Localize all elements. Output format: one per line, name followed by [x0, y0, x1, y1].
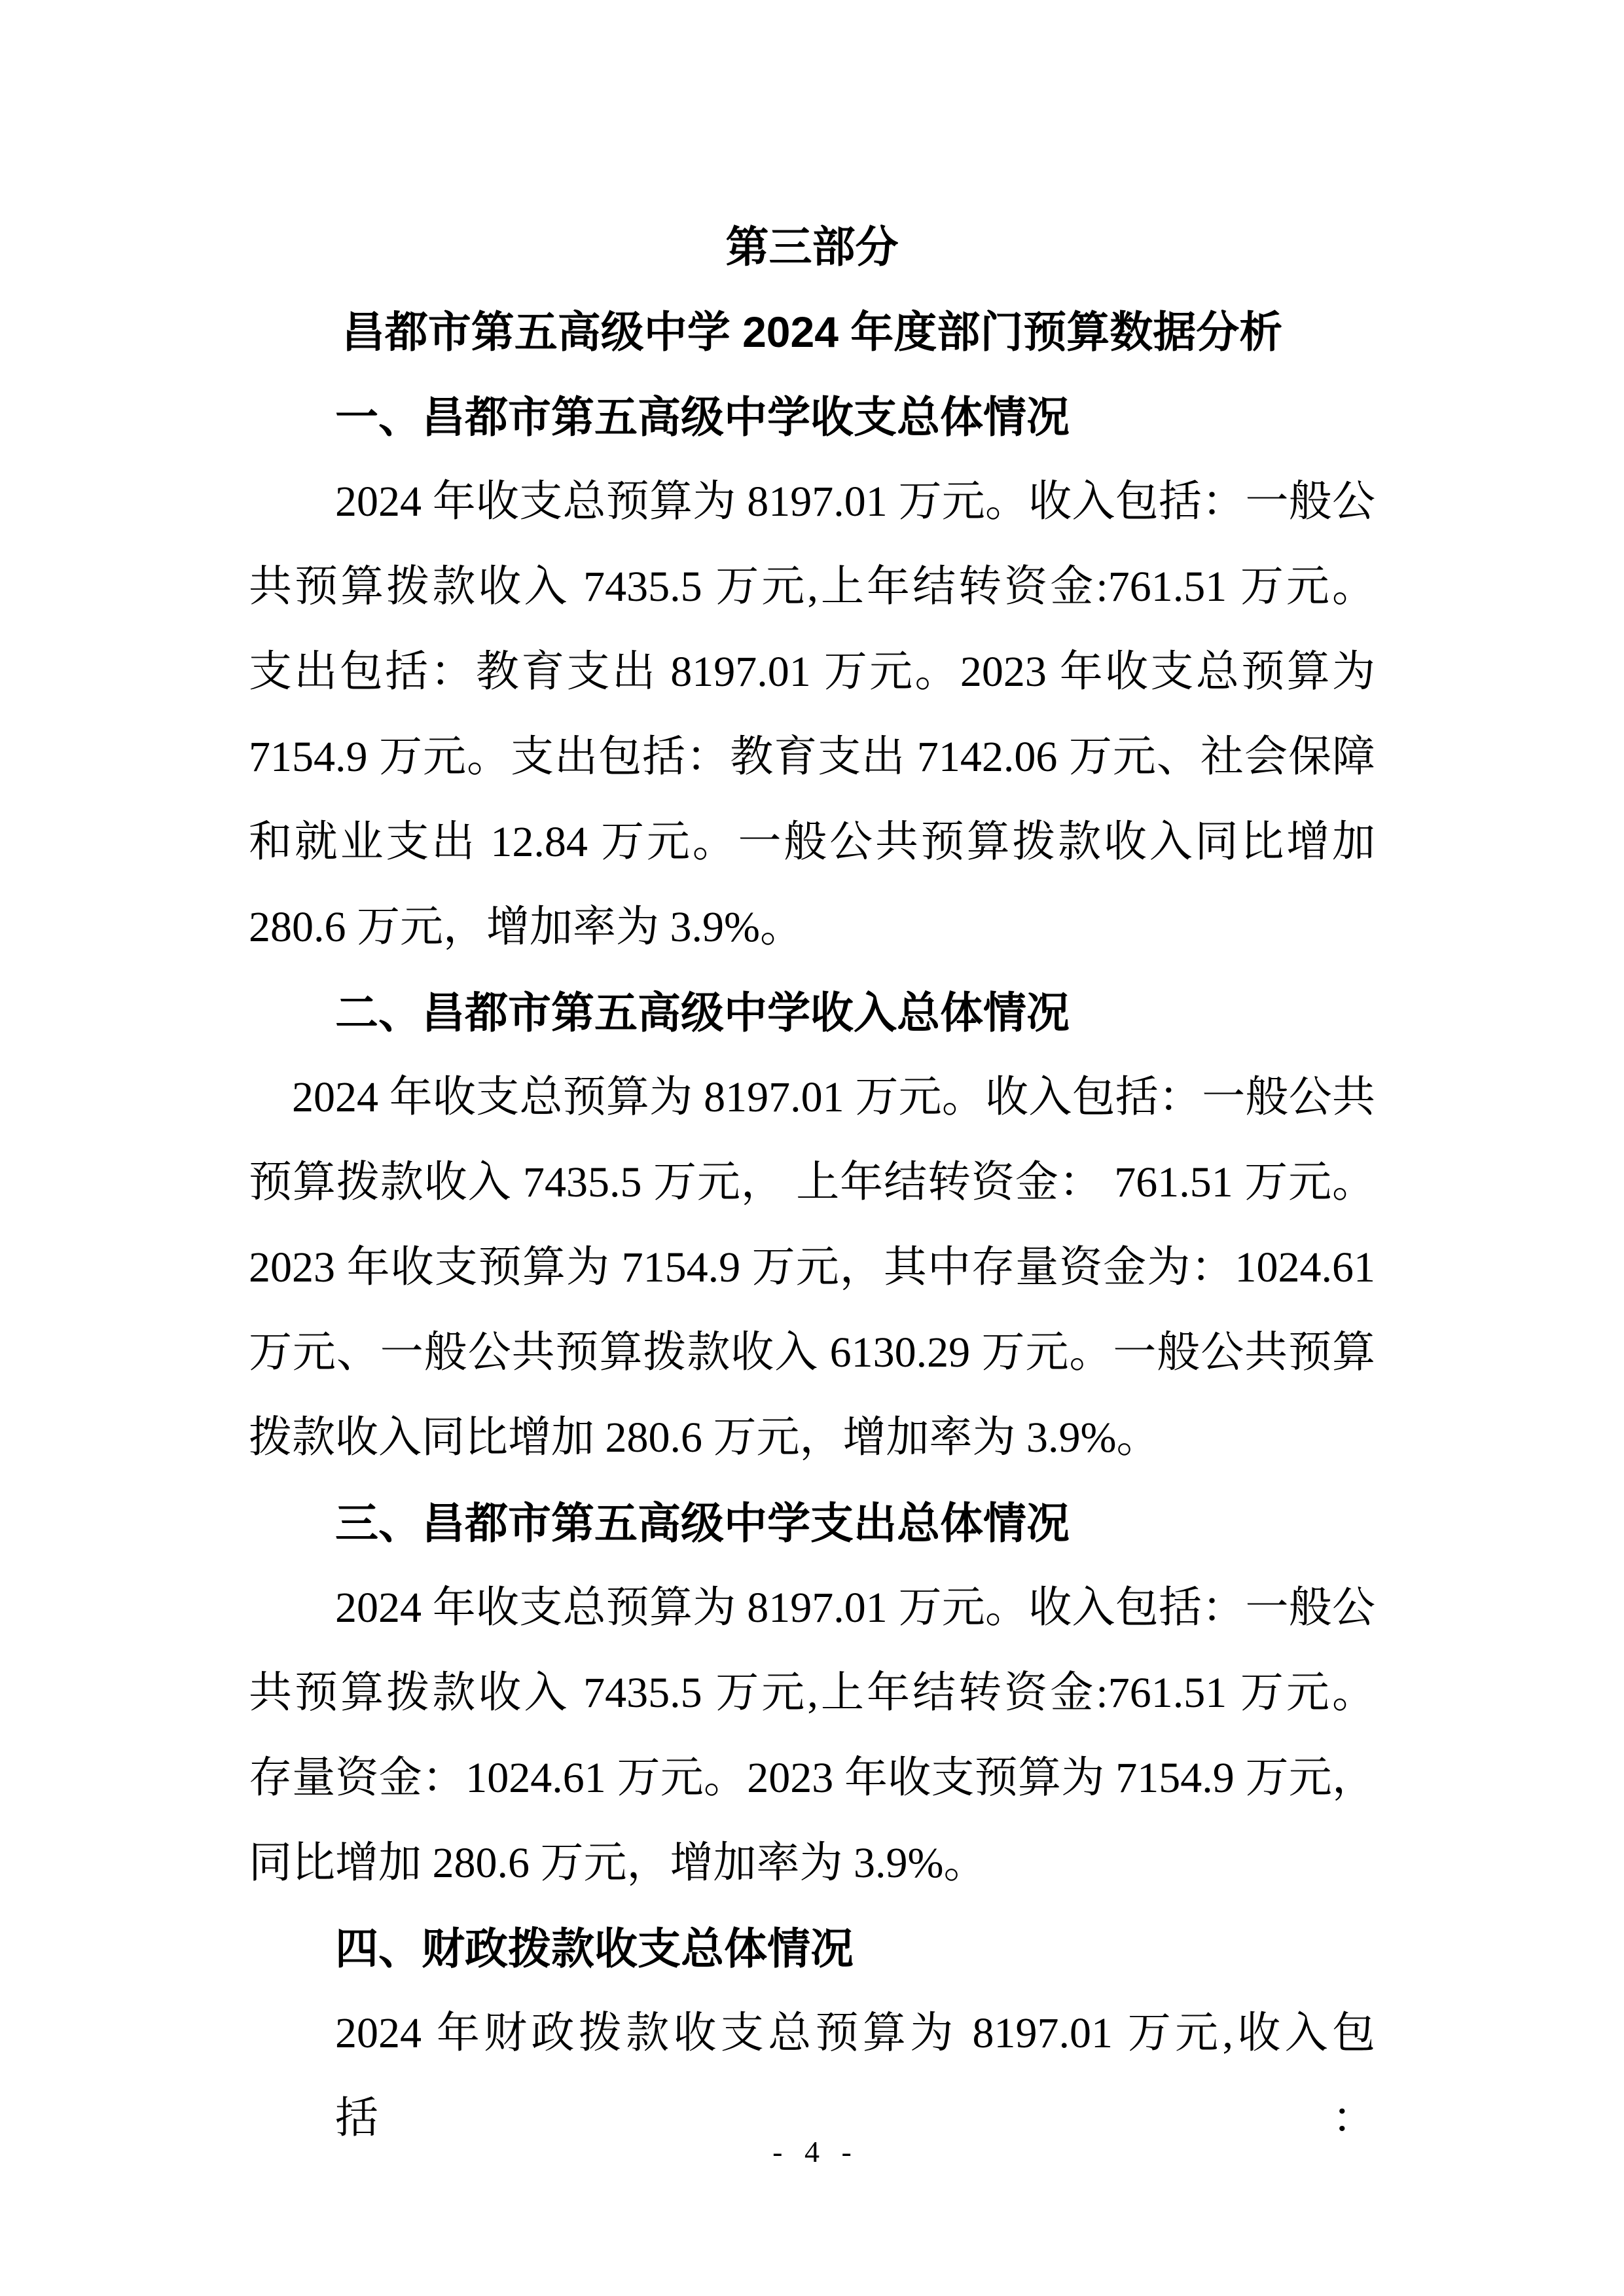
paragraph-line: 共预算拨款收入 7435.5 万元,上年结转资金:761.51 万元。	[249, 545, 1375, 630]
paragraph-line: 280.6 万元，增加率为 3.9%。	[249, 885, 1375, 970]
page-number: - 4 -	[0, 2109, 1624, 2195]
paragraph-line: 存量资金：1024.61 万元。2023 年收支预算为 7154.9 万元，	[249, 1736, 1375, 1821]
document-page: 第三部分 昌都市第五高级中学 2024 年度部门预算数据分析 一、昌都市第五高级…	[0, 0, 1624, 2296]
paragraph-line: 2024 年收支总预算为 8197.01 万元。收入包括：一般公	[249, 1566, 1375, 1651]
paragraph-line: 2024 年财政拨款收支总预算为 8197.01 万元,收入包括：	[249, 1991, 1375, 2076]
part-title: 第三部分	[249, 204, 1375, 289]
paragraph-line: 预算拨款收入 7435.5 万元， 上年结转资金： 761.51 万元。	[249, 1140, 1375, 1225]
section-heading-4: 四、财政拨款收支总体情况	[249, 1906, 1375, 1991]
paragraph-line: 2024 年收支总预算为 8197.01 万元。收入包括：一般公	[249, 459, 1375, 545]
section-heading-3: 三、昌都市第五高级中学支出总体情况	[249, 1480, 1375, 1566]
paragraph-line: 万元、一般公共预算拨款收入 6130.29 万元。一般公共预算	[249, 1310, 1375, 1395]
paragraph-line: 2024 年收支总预算为 8197.01 万元。收入包括：一般公共	[249, 1055, 1375, 1140]
paragraph-line: 支出包括：教育支出 8197.01 万元。2023 年收支总预算为	[249, 630, 1375, 715]
section-heading-2: 二、昌都市第五高级中学收入总体情况	[249, 970, 1375, 1055]
section-heading-1: 一、昌都市第五高级中学收支总体情况	[249, 374, 1375, 459]
paragraph-line: 2023 年收支预算为 7154.9 万元，其中存量资金为：1024.61	[249, 1225, 1375, 1310]
paragraph-line: 同比增加 280.6 万元，增加率为 3.9%。	[249, 1821, 1375, 1906]
paragraph-line: 和就业支出 12.84 万元。一般公共预算拨款收入同比增加	[249, 800, 1375, 885]
paragraph-line: 共预算拨款收入 7435.5 万元,上年结转资金:761.51 万元。	[249, 1651, 1375, 1736]
part-subtitle: 昌都市第五高级中学 2024 年度部门预算数据分析	[249, 289, 1375, 374]
paragraph-line: 拨款收入同比增加 280.6 万元，增加率为 3.9%。	[249, 1395, 1375, 1480]
paragraph-line: 7154.9 万元。支出包括：教育支出 7142.06 万元、社会保障	[249, 715, 1375, 800]
document-body: 第三部分 昌都市第五高级中学 2024 年度部门预算数据分析 一、昌都市第五高级…	[249, 204, 1375, 2076]
